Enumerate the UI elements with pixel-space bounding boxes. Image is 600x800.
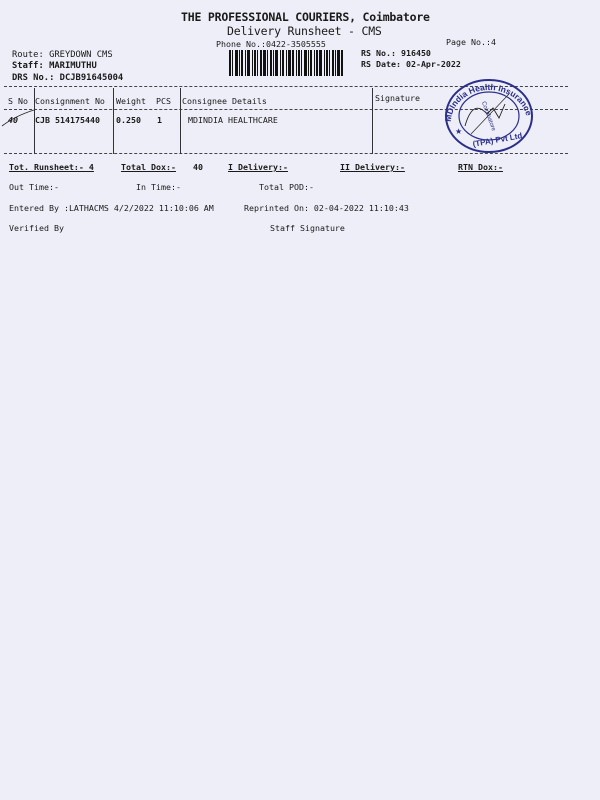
svg-text:(TPA) Pvt Ltd: (TPA) Pvt Ltd xyxy=(472,131,523,149)
verified-by: Verified By xyxy=(9,223,64,233)
header-signature: Signature xyxy=(375,93,420,103)
header-consignment-no: Consignment No xyxy=(35,96,105,106)
drs-number: DRS No.: DCJB91645004 xyxy=(12,73,123,83)
svg-text:★: ★ xyxy=(455,127,462,136)
out-time: Out Time:- xyxy=(9,182,59,192)
column-divider xyxy=(113,88,114,154)
entered-by: Entered By :LATHACMS 4/2/2022 11:10:06 A… xyxy=(9,203,214,213)
column-divider xyxy=(180,88,181,154)
rs-date: RS Date: 02-Apr-2022 xyxy=(361,59,461,69)
page-number: Page No.:4 xyxy=(446,37,496,47)
i-delivery: I Delivery:- xyxy=(228,162,288,172)
header-pcs: PCS xyxy=(156,96,171,106)
staff-signature: Staff Signature xyxy=(270,223,345,233)
company-name: THE PROFESSIONAL COURIERS, Coimbatore xyxy=(181,10,430,24)
header-weight: Weight xyxy=(116,96,146,106)
cell-weight: 0.250 xyxy=(116,115,141,125)
route: Route: GREYDOWN CMS xyxy=(12,50,113,60)
barcode xyxy=(229,50,346,76)
staff-name: Staff: MARIMUTHU xyxy=(12,61,97,71)
cell-consignment-no: CJB 514175440 xyxy=(35,115,100,125)
rtn-dox: RTN Dox:- xyxy=(458,162,503,172)
header-s-no: S No xyxy=(8,96,28,106)
rs-number: RS No.: 916450 xyxy=(361,48,431,58)
total-pod: Total POD:- xyxy=(259,182,314,192)
column-divider xyxy=(372,88,373,154)
pen-mark xyxy=(0,108,40,128)
ii-delivery: II Delivery:- xyxy=(340,162,405,172)
phone-number: Phone No.:0422-3505555 xyxy=(216,39,326,49)
cell-consignee: MDINDIA HEALTHCARE xyxy=(188,115,278,125)
svg-text:Coimbatore: Coimbatore xyxy=(480,101,496,133)
reprinted-on: Reprinted On: 02-04-2022 11:10:43 xyxy=(244,203,409,213)
total-dox-value: 40 xyxy=(193,162,203,172)
total-runsheet: Tot. Runsheet:- 4 xyxy=(9,162,94,172)
in-time: In Time:- xyxy=(136,182,181,192)
header-consignee-details: Consignee Details xyxy=(182,96,267,106)
document-title: Delivery Runsheet - CMS xyxy=(227,24,382,38)
company-stamp: MDIndia Health Insurance (TPA) Pvt Ltd C… xyxy=(443,78,535,154)
total-dox-label: Total Dox:- xyxy=(121,162,176,172)
cell-pcs: 1 xyxy=(157,115,162,125)
